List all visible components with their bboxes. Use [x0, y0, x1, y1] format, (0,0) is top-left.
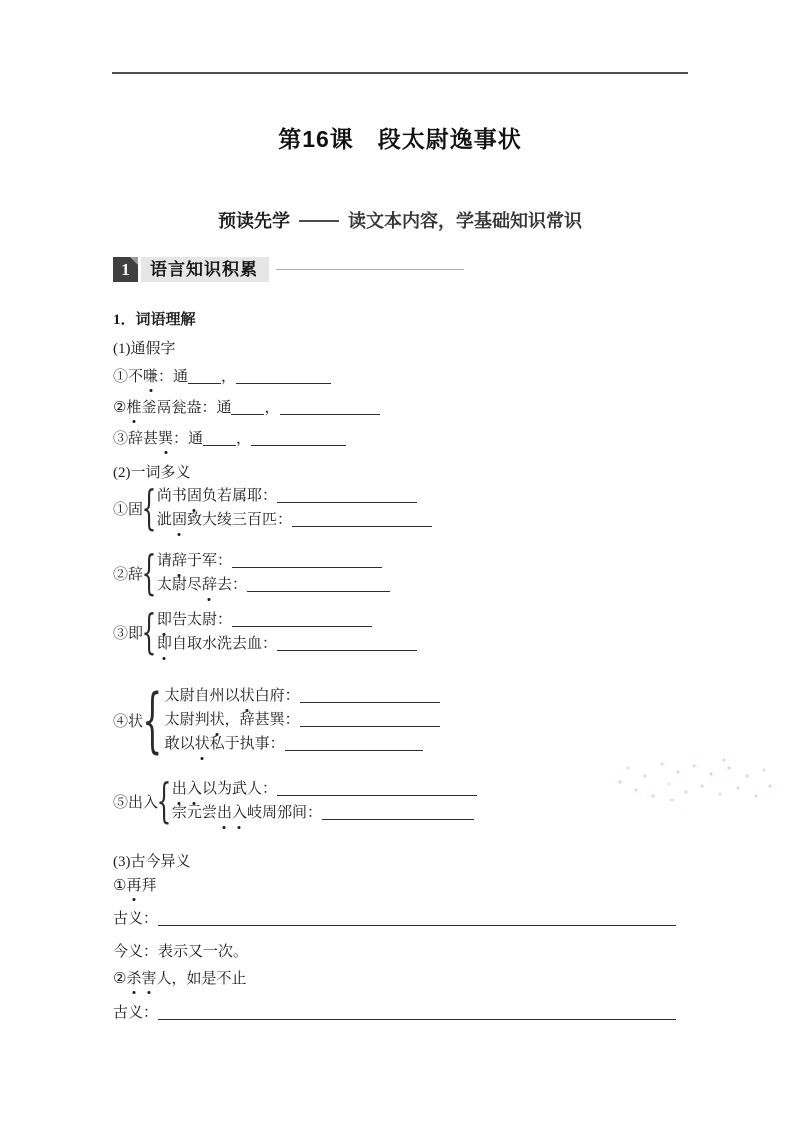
subtitle-left: 预读先学: [218, 211, 290, 231]
blank-line: [280, 401, 380, 415]
lesson-title: 第16课 段太尉逸事状: [0, 121, 800, 154]
blank-line: [236, 370, 331, 384]
section-subtitle: 预读先学读文本内容，学基础知识常识: [0, 207, 800, 233]
blank-line: [277, 782, 477, 796]
brace-icon: {: [141, 485, 156, 532]
gujin-ancient-meaning: 古义：: [113, 908, 676, 930]
blank-line: [158, 912, 676, 926]
polysemy-line: 出入以为武人：: [172, 777, 477, 801]
brace-icon: {: [142, 685, 162, 755]
question-1-title: 1．词语理解: [113, 309, 196, 331]
blank-line: [231, 401, 264, 415]
polysemy-line: 太尉判状，辞甚巽：: [165, 708, 440, 732]
blank-line: [158, 1006, 676, 1020]
gujin-word: ①再拜: [113, 875, 156, 897]
polysemy-line: 太尉自州以状白府：: [165, 684, 440, 708]
tongjiazi-item: ②椎釜鬲瓮盎：通，: [113, 397, 380, 419]
blank-line: [292, 513, 432, 527]
document-page: 第16课 段太尉逸事状 预读先学读文本内容，学基础知识常识 1 语言知识积累 1…: [0, 0, 800, 1132]
em-dash: [299, 220, 339, 222]
gujin-ancient-meaning: 古义：: [113, 1002, 676, 1024]
gujin-word: ②杀害人，如是不止: [113, 968, 247, 990]
blank-line: [251, 432, 346, 446]
section-heading-title: 语言知识积累: [141, 257, 269, 282]
section-heading: 1 语言知识积累: [113, 257, 464, 282]
part-1-title: (1)通假字: [113, 338, 176, 360]
polysemy-group-gu: ①固 { 尚书固负若属耶： 泚固致大绫三百匹：: [113, 484, 432, 532]
polysemy-label: ④状: [113, 710, 143, 731]
subtitle-right: 读文本内容，学基础知识常识: [348, 211, 582, 231]
top-rule: [112, 72, 688, 74]
polysemy-group-churu: ⑤出入 { 出入以为武人： 宗元尝出入岐周邠间：: [113, 777, 477, 825]
brace-icon: {: [141, 609, 156, 656]
polysemy-group-zhuang: ④状 { 太尉自州以状白府： 太尉判状，辞甚巽： 敢以状私于执事：: [113, 684, 440, 756]
blank-line: [277, 637, 417, 651]
part-3-title: (3)古今异义: [113, 851, 191, 873]
blank-line: [277, 489, 417, 503]
watermark: [612, 748, 778, 806]
blank-line: [232, 554, 382, 568]
blank-line: [285, 737, 423, 751]
polysemy-line: 泚固致大绫三百匹：: [157, 508, 432, 532]
polysemy-group-ji: ③即 { 即告太尉： 即自取水洗去血：: [113, 608, 417, 656]
polysemy-line: 即告太尉：: [157, 608, 417, 632]
polysemy-label: ③即: [113, 622, 143, 643]
blank-line: [188, 370, 221, 384]
blank-line: [203, 432, 236, 446]
blank-line: [300, 713, 440, 727]
polysemy-line: 请辞于军：: [157, 549, 390, 573]
blank-line: [300, 689, 440, 703]
tongjiazi-item: ①不嗛：通，: [113, 366, 331, 388]
brace-icon: {: [141, 550, 156, 597]
polysemy-label: ①固: [113, 498, 143, 519]
section-number-badge: 1: [113, 257, 138, 282]
polysemy-line: 太尉尽辞去：: [157, 573, 390, 597]
brace-icon: {: [156, 778, 171, 825]
polysemy-line: 即自取水洗去血：: [157, 632, 417, 656]
polysemy-line: 宗元尝出入岐周邠间：: [172, 801, 477, 825]
gujin-modern-meaning: 今义：表示又一次。: [113, 941, 248, 963]
heading-rule: [276, 269, 464, 270]
blank-line: [247, 578, 390, 592]
polysemy-group-ci: ②辞 { 请辞于军： 太尉尽辞去：: [113, 549, 390, 597]
polysemy-line: 敢以状私于执事：: [165, 732, 440, 756]
blank-line: [322, 806, 474, 820]
polysemy-label: ②辞: [113, 563, 143, 584]
tongjiazi-item: ③辞甚巽：通，: [113, 428, 346, 450]
polysemy-label: ⑤出入: [113, 791, 158, 812]
blank-line: [232, 613, 372, 627]
polysemy-line: 尚书固负若属耶：: [157, 484, 432, 508]
